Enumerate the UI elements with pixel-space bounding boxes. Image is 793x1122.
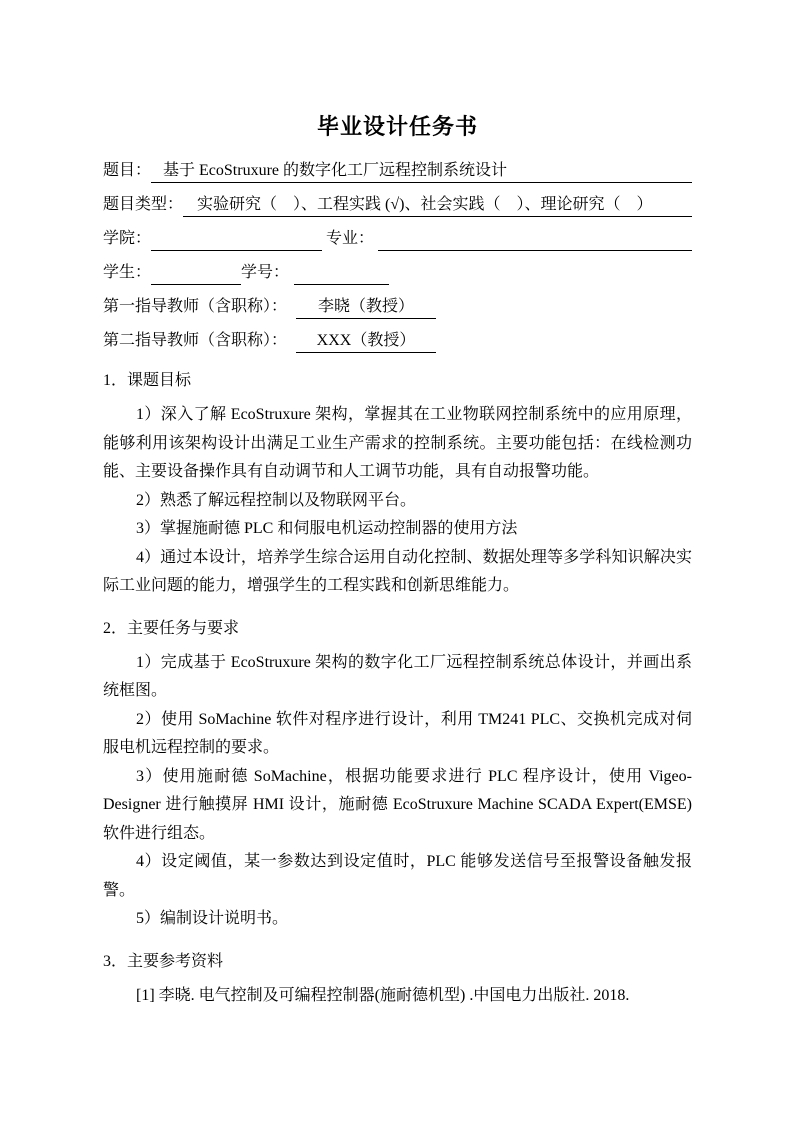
topic-label: 题目： <box>103 158 151 183</box>
major-label: 专业： <box>326 226 374 251</box>
form-line-advisor2: 第二指导教师（含职称）： XXX（教授） <box>103 328 692 353</box>
header-form: 题目： 基于 EcoStruxure 的数字化工厂远程控制系统设计 题目类型： … <box>103 158 692 353</box>
advisor2-label: 第二指导教师（含职称）： <box>103 328 287 353</box>
form-line-student: 学生： 学号： <box>103 260 692 285</box>
topic-type-label: 题目类型： <box>103 192 183 217</box>
paragraph: 1）深入了解 EcoStruxure 架构，掌握其在工业物联网控制系统中的应用原… <box>103 401 692 487</box>
section-goals-heading: 1．课题目标 <box>103 367 692 395</box>
form-line-advisor1: 第一指导教师（含职称）： 李晓（教授） <box>103 294 692 319</box>
paragraph: 3）掌握施耐德 PLC 和伺服电机运动控制器的使用方法 <box>103 515 692 544</box>
college-blank-field <box>151 228 322 251</box>
advisor1-value: 李晓（教授） <box>296 296 436 319</box>
paragraph: 2）使用 SoMachine 软件对程序进行设计，利用 TM241 PLC、交换… <box>103 706 692 763</box>
document-page: 毕业设计任务书 题目： 基于 EcoStruxure 的数字化工厂远程控制系统设… <box>0 0 793 1122</box>
advisor2-value: XXX（教授） <box>296 330 436 353</box>
advisor1-label: 第一指导教师（含职称）： <box>103 294 287 319</box>
form-line-college-major: 学院： 专业： <box>103 226 692 251</box>
student-id-label: 学号： <box>241 260 289 285</box>
reference-item: [1] 李晓. 电气控制及可编程控制器(施耐德机型) .中国电力出版社. 201… <box>103 982 692 1011</box>
college-label: 学院： <box>103 226 151 251</box>
paragraph: 1）完成基于 EcoStruxure 架构的数字化工厂远程控制系统总体设计，并画… <box>103 649 692 706</box>
section-tasks-heading: 2．主要任务与要求 <box>103 615 692 643</box>
paragraph: 4）通过本设计，培养学生综合运用自动化控制、数据处理等多学科知识解决实际工业问题… <box>103 544 692 601</box>
section-goals: 1．课题目标 1）深入了解 EcoStruxure 架构，掌握其在工业物联网控制… <box>103 367 692 601</box>
topic-value: 基于 EcoStruxure 的数字化工厂远程控制系统设计 <box>151 160 692 183</box>
major-blank-field <box>378 228 692 251</box>
student-id-blank-field <box>294 262 389 285</box>
student-blank-field <box>151 262 241 285</box>
section-references-heading: 3．主要参考资料 <box>103 948 692 976</box>
paragraph: 4）设定阈值，某一参数达到设定值时，PLC 能够发送信号至报警设备触发报警。 <box>103 848 692 905</box>
student-label: 学生： <box>103 260 151 285</box>
page-title: 毕业设计任务书 <box>103 112 692 142</box>
paragraph: 3）使用施耐德 SoMachine，根据功能要求进行 PLC 程序设计，使用 V… <box>103 763 692 849</box>
paragraph: 2）熟悉了解远程控制以及物联网平台。 <box>103 487 692 516</box>
paragraph: 5）编制设计说明书。 <box>103 905 692 934</box>
section-tasks: 2．主要任务与要求 1）完成基于 EcoStruxure 架构的数字化工厂远程控… <box>103 615 692 934</box>
form-line-topic: 题目： 基于 EcoStruxure 的数字化工厂远程控制系统设计 <box>103 158 692 183</box>
form-line-topic-type: 题目类型： 实验研究（ ）、工程实践 (√)、社会实践（ ）、理论研究（ ） <box>103 192 692 217</box>
section-references: 3．主要参考资料 [1] 李晓. 电气控制及可编程控制器(施耐德机型) .中国电… <box>103 948 692 1011</box>
document-body: 1．课题目标 1）深入了解 EcoStruxure 架构，掌握其在工业物联网控制… <box>103 367 692 1010</box>
topic-type-value: 实验研究（ ）、工程实践 (√)、社会实践（ ）、理论研究（ ） <box>183 194 692 217</box>
